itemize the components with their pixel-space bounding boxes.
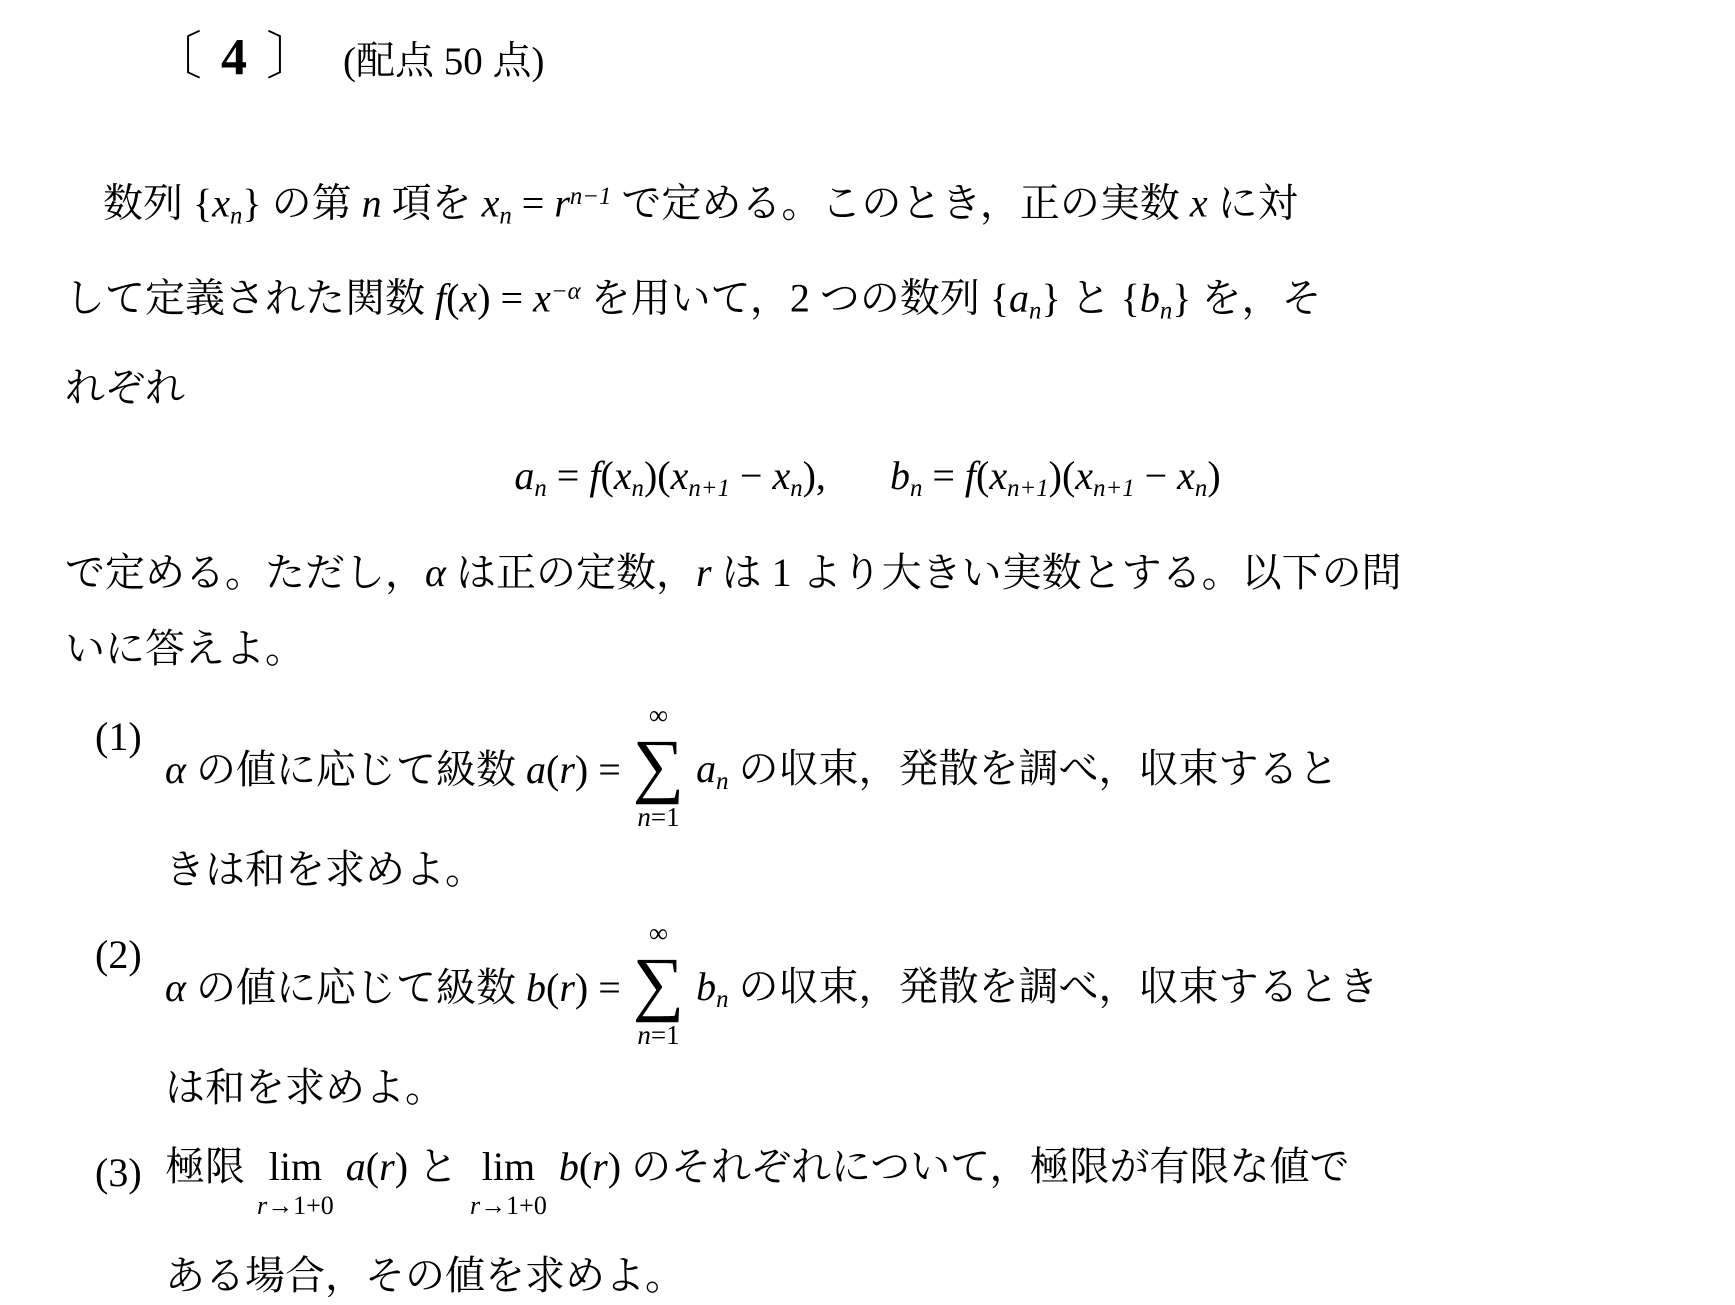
- question-1-label: (1): [95, 699, 165, 905]
- question-2-text-before-sum: α の値に応じて級数 b(r) =: [165, 956, 621, 1013]
- constraint-line-1: で定める。ただし，α は正の定数，r は 1 より大きい実数とする。以下の問: [65, 535, 1670, 611]
- intro-line-3: れぞれ: [65, 350, 1670, 426]
- lim-word: lim: [482, 1147, 535, 1187]
- question-1-line-1: α の値に応じて級数 a(r) = ∞ ∑ n=1 an の収束，発散を調べ，収…: [165, 699, 1670, 835]
- lim-subscript: r→1+0: [470, 1193, 547, 1219]
- question-2-text-after-sum: bn の収束，発散を調べ，収束するとき: [696, 955, 1378, 1014]
- summation-symbol: ∞ ∑ n=1: [633, 702, 684, 830]
- question-1-line-2: きは和を求めよ。: [165, 835, 1670, 905]
- limit-expression-b: lim r→1+0: [470, 1147, 547, 1219]
- limit-expression-a: lim r→1+0: [257, 1147, 334, 1219]
- intro-line-2: して定義された関数 f(x) = x−α を用いて，2 つの数列 {an} と …: [65, 254, 1670, 349]
- question-2-body: α の値に応じて級数 b(r) = ∞ ∑ n=1 bn の収束，発散を調べ，収…: [165, 917, 1670, 1123]
- question-3-line-1: 極限 lim r→1+0 a(r) と lim r→1+0 b(r) のそれぞれ…: [165, 1135, 1670, 1219]
- problem-header: 〔 4 〕 (配点 50 点): [0, 0, 1735, 89]
- constraint-paragraph: で定める。ただし，α は正の定数，r は 1 より大きい実数とする。以下の問 い…: [65, 535, 1670, 687]
- constraint-line-2: いに答えよ。: [65, 611, 1670, 687]
- exam-page: 〔 4 〕 (配点 50 点) 数列 {xn} の第 n 項を xn = rn−…: [0, 0, 1735, 1305]
- question-3-text-between-lims: a(r) と: [346, 1135, 458, 1192]
- sum-lower-limit: n=1: [637, 804, 679, 831]
- question-3-line-2: ある場合，その値を求めよ。: [165, 1241, 1670, 1305]
- sum-lower-limit: n=1: [637, 1022, 679, 1049]
- lim-word: lim: [269, 1147, 322, 1187]
- sigma-icon: ∑: [633, 950, 684, 1016]
- question-2-line-1: α の値に応じて級数 b(r) = ∞ ∑ n=1 bn の収束，発散を調べ，収…: [165, 917, 1670, 1053]
- intro-line-1: 数列 {xn} の第 n 項を xn = rn−1 で定める。このとき，正の実数…: [65, 159, 1670, 254]
- question-item-1: (1) α の値に応じて級数 a(r) = ∞ ∑ n=1 an の収束，発散を…: [95, 699, 1670, 905]
- sigma-icon: ∑: [633, 732, 684, 798]
- question-item-3: (3) 極限 lim r→1+0 a(r) と lim r→1+0: [95, 1135, 1670, 1305]
- lim-subscript: r→1+0: [257, 1193, 334, 1219]
- points-label: (配点 50 点): [343, 30, 544, 86]
- question-1-text-before-sum: α の値に応じて級数 a(r) =: [165, 738, 621, 795]
- question-3-body: 極限 lim r→1+0 a(r) と lim r→1+0 b(r) のそれぞれ…: [165, 1135, 1670, 1305]
- question-2-label: (2): [95, 917, 165, 1123]
- question-3-text-after-lim: b(r) のそれぞれについて，極限が有限な値で: [559, 1135, 1350, 1192]
- question-3-text-before-lim: 極限: [165, 1135, 245, 1192]
- question-2-line-2: は和を求めよ。: [165, 1053, 1670, 1123]
- question-3-label: (3): [95, 1135, 165, 1305]
- problem-body: 数列 {xn} の第 n 項を xn = rn−1 で定める。このとき，正の実数…: [65, 159, 1670, 1305]
- definition-equation: an = f(xn)(xn+1 − xn), bn = f(xn+1)(xn+1…: [65, 440, 1670, 525]
- problem-number: 〔 4 〕: [150, 14, 321, 89]
- summation-symbol: ∞ ∑ n=1: [633, 920, 684, 1048]
- intro-paragraph: 数列 {xn} の第 n 項を xn = rn−1 で定める。このとき，正の実数…: [65, 159, 1670, 426]
- question-1-body: α の値に応じて級数 a(r) = ∞ ∑ n=1 an の収束，発散を調べ，収…: [165, 699, 1670, 905]
- question-list: (1) α の値に応じて級数 a(r) = ∞ ∑ n=1 an の収束，発散を…: [95, 699, 1670, 1305]
- question-1-text-after-sum: an の収束，発散を調べ，収束すると: [696, 737, 1338, 796]
- question-item-2: (2) α の値に応じて級数 b(r) = ∞ ∑ n=1 bn の収束，発散を…: [95, 917, 1670, 1123]
